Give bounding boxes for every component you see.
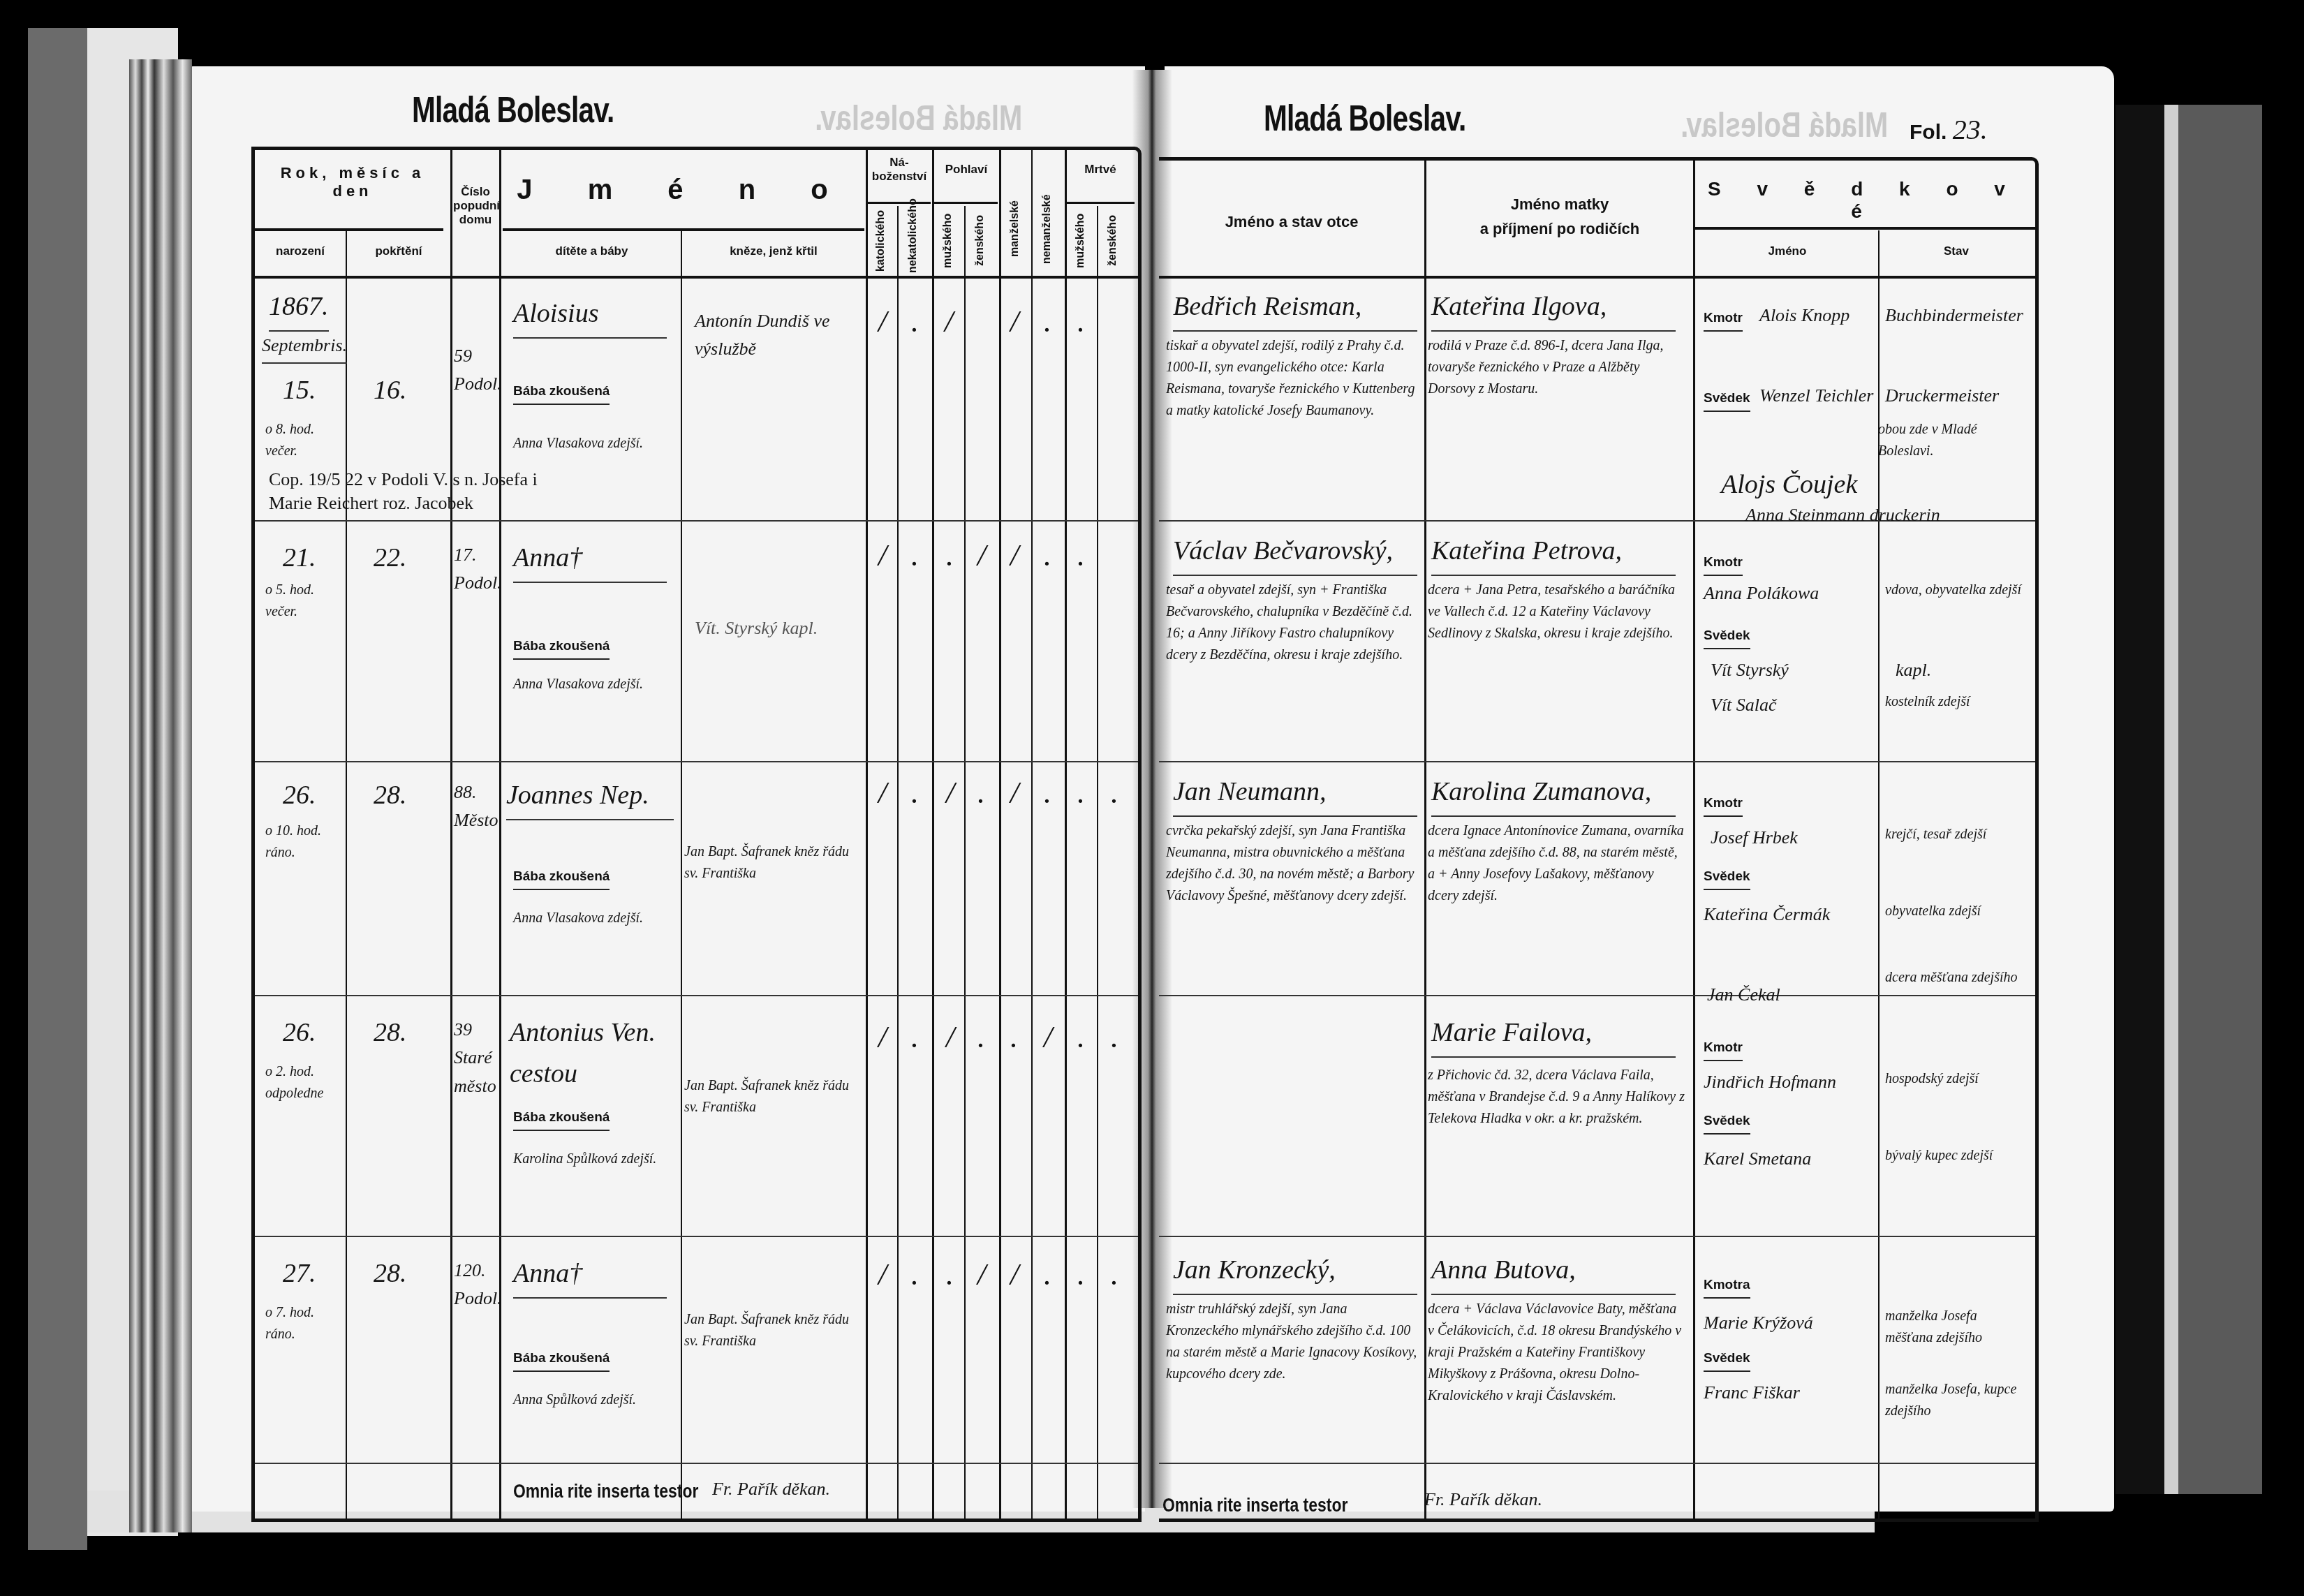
mark-legitimate: . xyxy=(1010,1019,1018,1055)
attestation-signature: Fr. Pařík děkan. xyxy=(1424,1486,1542,1514)
rule xyxy=(866,150,868,1519)
witness-status: manželka Josefa, kupce zdejšího xyxy=(1885,1379,2025,1422)
entry-midwife: Anna Vlasakova zdejší. xyxy=(513,433,674,455)
row-divider xyxy=(1159,995,2035,996)
father-name: Bedřich Reisman, xyxy=(1173,286,1417,332)
godparent-status: krejčí, tesař zdejší xyxy=(1885,824,2025,845)
additional-signature: Jan Čekal xyxy=(1707,981,1780,1009)
folio-number: 23. xyxy=(1953,114,1988,145)
header-bottom-rule xyxy=(255,276,1138,279)
mark-male: / xyxy=(945,304,953,339)
witness-residence-note: obou zde v Mladé Boleslavi. xyxy=(1878,419,2028,462)
mark-illegitimate: . xyxy=(1044,538,1051,573)
rule xyxy=(499,150,501,1519)
father-details: tesař a obyvatel zdejší, syn + Františka… xyxy=(1166,579,1421,666)
mark-illegitimate: . xyxy=(1044,775,1051,811)
godparent-label: Kmotr xyxy=(1704,1040,1743,1061)
mother-details: dcera + Jana Petra, tesařského a baráční… xyxy=(1428,579,1686,644)
witness-status: obyvatelka zdejší xyxy=(1885,901,2025,922)
godparent-label: Kmotr xyxy=(1704,555,1743,576)
header-male: mužského xyxy=(942,209,954,273)
mark-noncatholic: . xyxy=(911,304,919,339)
entry-birth-day: 26. xyxy=(283,1012,316,1054)
godparent-name: Anna Polákowa xyxy=(1704,579,1819,607)
entry-house: 59 Podol. xyxy=(454,342,496,399)
rule xyxy=(1693,161,1695,1519)
additional-signature: kostelník zdejší xyxy=(1885,691,2025,713)
right-page-title: Mladá Boleslav. xyxy=(1264,98,1466,140)
bleed-through-title: Mladá Boleslav. xyxy=(815,98,1022,138)
rule xyxy=(1065,150,1067,1519)
entry-house: 88. Město xyxy=(454,778,496,835)
entry-midwife: Anna Vlasakova zdejší. xyxy=(513,908,674,929)
attestation-label: Omnia rite inserta testor xyxy=(1162,1494,1347,1516)
mother-details: dcera Ignace Antonínovice Zumana, ovarní… xyxy=(1428,820,1686,907)
additional-signature: Anna Steinmann druckerin xyxy=(1745,501,1940,529)
rule xyxy=(933,202,998,204)
mother-details: dcera + Václava Václavovice Baty, měšťan… xyxy=(1428,1299,1686,1407)
entry-child-name: Antonius Ven. cestou xyxy=(510,1012,677,1095)
row-divider xyxy=(255,520,1138,522)
header-baptism: pokřtění xyxy=(347,244,450,258)
header-priest: kněze, jenž křtil xyxy=(682,244,865,258)
folio: Fol. 23. xyxy=(1910,113,1988,146)
header-female: ženského xyxy=(974,209,987,273)
entry-birth-time: o 2. hod. odpoledne xyxy=(265,1061,342,1104)
row-divider xyxy=(255,761,1138,762)
father-name: Jan Kronzecký, xyxy=(1173,1250,1417,1295)
entry-midwife: Karolina Spůlková zdejší. xyxy=(513,1148,674,1170)
rule xyxy=(255,228,443,231)
header-mother-line1: Jméno matky xyxy=(1426,195,1693,214)
entry-baptism-day: 28. xyxy=(374,1253,407,1294)
father-name: Václav Bečvarovský, xyxy=(1173,531,1417,576)
rule xyxy=(897,206,899,1519)
entry-priest: Vít. Styrský kapl. xyxy=(695,614,855,642)
mark-male: / xyxy=(946,1019,954,1055)
godparent-label: Kmotra xyxy=(1704,1278,1750,1299)
entry-child-name: Aloisius xyxy=(513,293,667,339)
entry-month: Septembris. xyxy=(262,332,347,364)
midwife-label: Bába zkoušená xyxy=(513,1110,610,1131)
witness-name: Franc Fiškar xyxy=(1704,1379,1800,1407)
header-noncatholic: nekatolického xyxy=(907,209,920,273)
header-witness-name: Jméno xyxy=(1697,244,1878,258)
entry-baptism-day: 28. xyxy=(374,775,407,816)
midwife-label: Bába zkoušená xyxy=(513,1351,610,1372)
header-catholic: katolického xyxy=(875,209,887,273)
witness-label: Svědek xyxy=(1704,628,1750,649)
midwife-label: Bába zkoušená xyxy=(513,869,610,890)
midwife-label: Bába zkoušená xyxy=(513,639,610,660)
header-bottom-rule xyxy=(1159,276,2035,279)
mark-stillborn-male: . xyxy=(1077,1019,1085,1055)
entry-baptism-day: 28. xyxy=(374,1012,407,1054)
header-legitimate: manželské xyxy=(1009,185,1021,273)
additional-signature: Vít Salač xyxy=(1711,691,1777,719)
header-witnesses: S v ě d k o v é xyxy=(1697,178,2032,223)
mark-male: / xyxy=(946,775,954,811)
rule xyxy=(1097,206,1098,1519)
entry-child-name: Joannes Nep. xyxy=(506,775,674,820)
godparent-status: hospodský zdejší xyxy=(1885,1068,2025,1090)
witness-label: Svědek xyxy=(1704,391,1750,412)
witness-label: Svědek xyxy=(1704,869,1750,890)
rule xyxy=(932,150,934,1519)
mark-catholic: / xyxy=(878,1019,887,1055)
entry-year: 1867. xyxy=(269,286,329,332)
entry-baptism-day: 22. xyxy=(374,538,407,579)
mark-noncatholic: . xyxy=(911,1257,919,1292)
rule xyxy=(964,206,966,1519)
book-cover-left xyxy=(28,28,87,1550)
additional-signature: Alojs Čoujek xyxy=(1721,464,1857,505)
godparent-status: Buchbindermeister xyxy=(1885,302,2025,330)
rule xyxy=(346,230,347,1519)
header-sex: Pohlaví xyxy=(934,163,998,177)
godparent-name: Jindřich Hofmann xyxy=(1704,1068,1836,1096)
rule xyxy=(1031,150,1033,1519)
left-register-table: Rok, měsíc a den narození pokřtění Číslo… xyxy=(251,147,1142,1522)
header-mother-line2: a příjmení po rodičích xyxy=(1426,220,1693,238)
rule xyxy=(1424,161,1426,1519)
entry-priest: Antonín Dundiš ve výslužbě xyxy=(695,307,855,364)
mark-stillborn-male: . xyxy=(1077,538,1085,573)
entry-birth-day: 27. xyxy=(283,1253,316,1294)
mark-female: . xyxy=(977,1019,985,1055)
mother-details: rodilá v Praze č.d. 896-I, dcera Jana Il… xyxy=(1428,335,1686,400)
rule xyxy=(1066,202,1135,204)
mark-stillborn-female: . xyxy=(1111,1019,1118,1055)
entry-birth-day: 26. xyxy=(283,775,316,816)
mark-stillborn-male: . xyxy=(1077,775,1085,811)
mark-catholic: / xyxy=(878,538,887,573)
father-name: Jan Neumann, xyxy=(1173,771,1417,817)
mark-noncatholic: . xyxy=(911,1019,919,1055)
godparent-name: Marie Krýžová xyxy=(1704,1309,1813,1337)
header-birth: narození xyxy=(255,244,346,258)
mark-stillborn-male: . xyxy=(1077,304,1085,339)
book-edge-shadow xyxy=(2115,105,2164,1494)
witness-name: Vít Styrský xyxy=(1711,656,1789,684)
mother-name: Kateřina Ilgova, xyxy=(1431,286,1676,332)
entry-midwife: Anna Vlasakova zdejší. xyxy=(513,674,674,695)
witness-name: Karel Smetana xyxy=(1704,1145,1811,1173)
mark-male: . xyxy=(946,1257,954,1292)
header-illegitimate: nemanželské xyxy=(1041,185,1054,273)
father-details: tiskař a obyvatel zdejší, rodilý z Prahy… xyxy=(1166,335,1421,422)
godparent-status: vdova, obyvatelka zdejší xyxy=(1885,579,2025,601)
header-father: Jméno a stav otce xyxy=(1159,213,1424,231)
row-divider xyxy=(1159,1236,2035,1237)
godparent-name: Alois Knopp xyxy=(1759,302,1849,330)
header-name-group: J m é n o xyxy=(503,175,866,206)
mark-male: . xyxy=(946,538,954,573)
godparent-status: manželka Josefa měšťana zdejšího xyxy=(1885,1306,2025,1349)
entry-baptism-day: 16. xyxy=(374,370,407,411)
header-child-midwife: dítěte a báby xyxy=(503,244,681,258)
entry-birth-time: o 7. hod. ráno. xyxy=(265,1302,342,1345)
header-religion: Ná-boženství xyxy=(867,156,931,184)
mark-illegitimate: . xyxy=(1044,304,1051,339)
mark-stillborn-female: . xyxy=(1111,1257,1118,1292)
mark-female: / xyxy=(977,538,986,573)
entry-child-name: Anna† xyxy=(513,1253,667,1299)
header-stillborn-male: mužského xyxy=(1075,209,1087,273)
entry-priest: Jan Bapt. Šafranek kněz řádu sv. Františ… xyxy=(684,841,862,885)
mother-name: Kateřina Petrova, xyxy=(1431,531,1676,576)
mother-name: Anna Butova, xyxy=(1431,1250,1676,1295)
godparent-name: Josef Hrbek xyxy=(1711,824,1798,852)
mark-legitimate: / xyxy=(1010,775,1019,811)
footer-rule xyxy=(255,1463,1138,1464)
entry-birth-day: 21. xyxy=(283,538,316,579)
rule xyxy=(866,202,931,204)
entry-priest: Jan Bapt. Šafranek kněz řádu sv. Františ… xyxy=(684,1075,862,1118)
row-divider xyxy=(1159,761,2035,762)
header-witness-status: Stav xyxy=(1880,244,2033,258)
entry-house: 17. Podol. xyxy=(454,541,496,598)
entry-midwife: Anna Spůlková zdejší. xyxy=(513,1389,674,1411)
father-details: mistr truhlářský zdejší, syn Jana Kronze… xyxy=(1166,1299,1421,1385)
mark-legitimate: / xyxy=(1010,538,1019,573)
mark-noncatholic: . xyxy=(911,775,919,811)
mark-noncatholic: . xyxy=(911,538,919,573)
entry-marriage-note: Cop. 19/5 22 v Podoli V. s n. Josefa i M… xyxy=(269,468,569,515)
mark-catholic: / xyxy=(878,1257,887,1292)
godparent-label: Kmotr xyxy=(1704,311,1743,332)
mother-name: Karolina Zumanova, xyxy=(1431,771,1676,817)
header-date-group: Rok, měsíc a den xyxy=(262,164,443,200)
entry-child-name: Anna† xyxy=(513,538,667,583)
folio-label: Fol. xyxy=(1910,121,1947,144)
mark-illegitimate: . xyxy=(1044,1257,1051,1292)
entry-house: 39 Staré město xyxy=(454,1016,496,1100)
rule xyxy=(1695,227,2035,230)
entry-house: 120. Podol. xyxy=(454,1257,496,1313)
mark-catholic: / xyxy=(878,304,887,339)
mark-stillborn-female: . xyxy=(1111,775,1118,811)
entry-birth-time: o 10. hod. ráno. xyxy=(265,820,342,864)
entry-birth-day: 15. xyxy=(283,370,316,411)
entry-priest: Jan Bapt. Šafranek kněz řádu sv. Františ… xyxy=(684,1309,862,1352)
attestation-label: Omnia rite inserta testor xyxy=(513,1480,698,1502)
mother-details: z Přichovic čd. 32, dcera Václava Faila,… xyxy=(1428,1065,1686,1130)
witness-status: kapl. xyxy=(1896,656,1931,684)
additional-signature: dcera měšťana zdejšího xyxy=(1885,967,2025,989)
father-details: cvrčka pekařský zdejší, syn Jana Františ… xyxy=(1166,820,1421,907)
row-divider xyxy=(255,995,1138,996)
entry-birth-time: o 5. hod. večer. xyxy=(265,579,342,623)
footer-rule xyxy=(1159,1463,2035,1464)
witness-status: bývalý kupec zdejší xyxy=(1885,1145,2025,1167)
mark-legitimate: / xyxy=(1010,1257,1019,1292)
header-stillborn-female: ženského xyxy=(1107,209,1119,273)
page-stack-edge xyxy=(129,59,192,1532)
midwife-label: Bába zkoušená xyxy=(513,384,610,405)
bleed-through-title: Mladá Boleslav. xyxy=(1681,105,1888,145)
attestation-signature: Fr. Pařík děkan. xyxy=(712,1475,830,1503)
mark-female: / xyxy=(977,1257,986,1292)
mark-female: . xyxy=(977,775,985,811)
row-divider xyxy=(255,1236,1138,1237)
rule xyxy=(450,150,452,1519)
rule xyxy=(681,230,682,1519)
mark-legitimate: / xyxy=(1010,304,1019,339)
mark-catholic: / xyxy=(878,775,887,811)
header-stillborn: Mrtvé xyxy=(1067,163,1134,177)
left-page-title: Mladá Boleslav. xyxy=(412,89,614,131)
mark-illegitimate: / xyxy=(1044,1019,1052,1055)
witness-label: Svědek xyxy=(1704,1114,1750,1135)
book-cover-right xyxy=(2178,105,2262,1494)
witness-name: Wenzel Teichler xyxy=(1759,382,1873,410)
header-house-number: Číslo popudní domu xyxy=(453,185,498,227)
godparent-label: Kmotr xyxy=(1704,796,1743,817)
book-edge-leaves xyxy=(2164,105,2178,1494)
rule xyxy=(503,228,864,231)
mark-stillborn-male: . xyxy=(1077,1257,1085,1292)
witness-name: Kateřina Čermák xyxy=(1704,901,1830,929)
rule xyxy=(999,150,1001,1519)
mother-name: Marie Failova, xyxy=(1431,1012,1676,1058)
witness-label: Svědek xyxy=(1704,1351,1750,1372)
entry-birth-time: o 8. hod. večer. xyxy=(265,419,342,462)
witness-status: Druckermeister xyxy=(1885,382,2025,410)
